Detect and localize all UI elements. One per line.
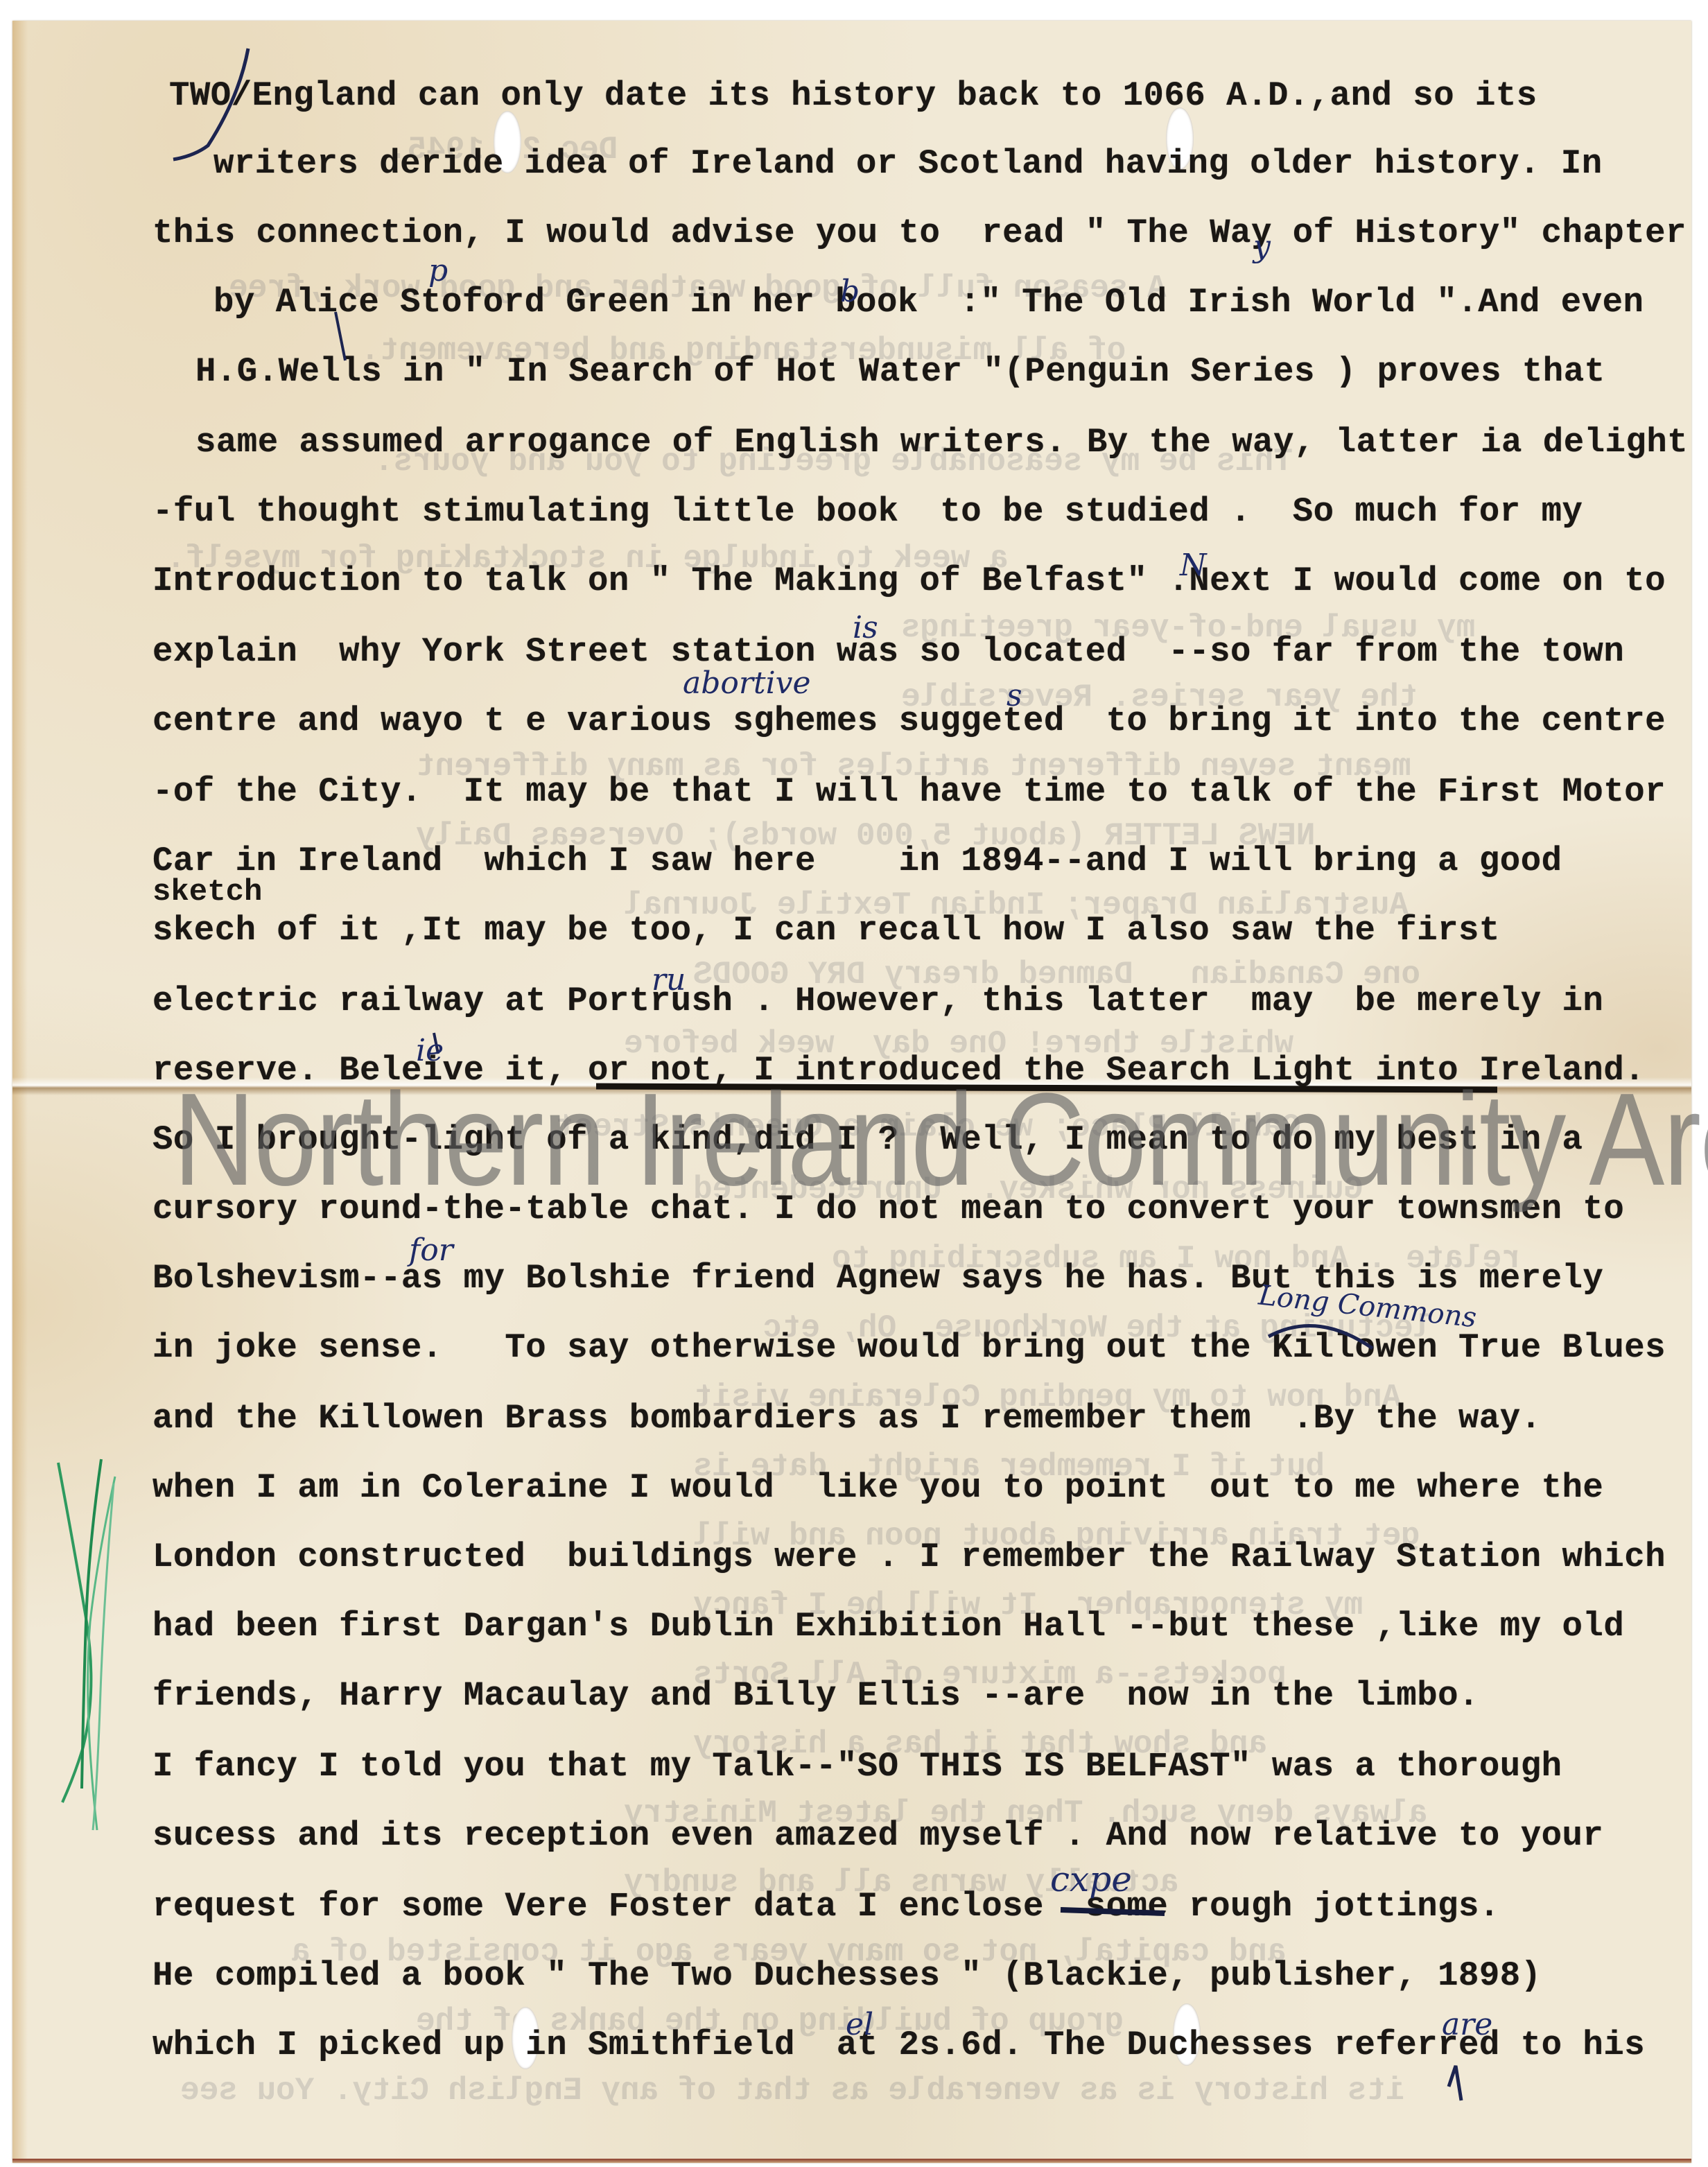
archive-watermark: Northern Ireland Community Archive (173, 1064, 1708, 1215)
handwritten-annotation: y (1253, 229, 1271, 264)
strike-line-icon (1269, 1325, 1372, 1348)
caret-mark-icon (335, 312, 345, 360)
handwritten-annotation: p (428, 253, 448, 288)
handwritten-annotation: ru (652, 962, 686, 998)
handwritten-annotation: abortive (683, 665, 811, 701)
caret-mark-icon (1449, 2066, 1461, 2100)
handwritten-annotation: b (840, 274, 860, 309)
handwritten-annotation: el (846, 2007, 873, 2042)
handwritten-annotation: are (1442, 2007, 1492, 2042)
slash-mark-icon (173, 49, 248, 159)
handwritten-annotation: cxpe (1050, 1859, 1132, 1899)
handwritten-annotation: sketch (152, 875, 262, 910)
handwritten-annotation: ie (416, 1033, 444, 1068)
strike-line-icon (1061, 1910, 1165, 1913)
handwritten-annotation: s (1007, 678, 1022, 713)
handwritten-annotation: N (1180, 548, 1207, 583)
handwritten-annotation: for (409, 1233, 453, 1268)
handwritten-annotation: is (853, 610, 878, 645)
